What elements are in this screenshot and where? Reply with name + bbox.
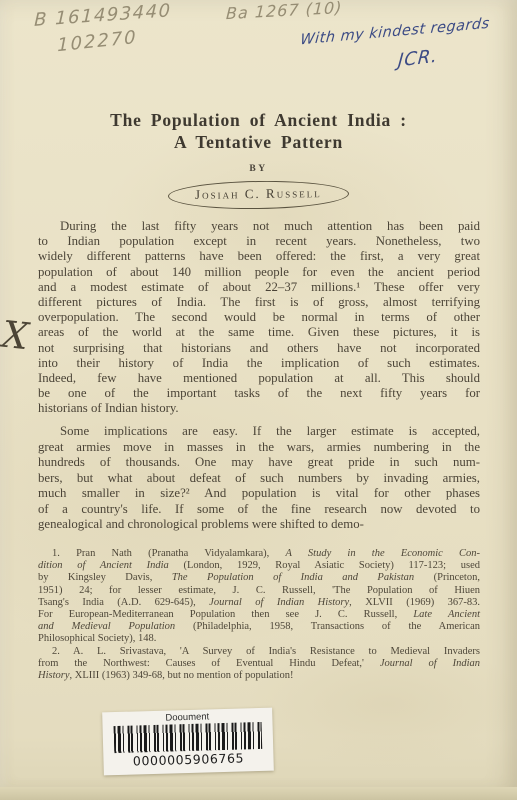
text-line: hundreds of thousands. One may have grea… bbox=[38, 455, 480, 471]
page-title-line-1: The Population of Ancient India : bbox=[0, 110, 517, 131]
text-line: For European-Mediterranean Population th… bbox=[38, 609, 480, 621]
text-line: History, XLIII (1963) 349-68, but no men… bbox=[38, 670, 480, 682]
text-line: be one of the important tasks of the nex… bbox=[38, 386, 480, 401]
scanned-paper-page: B 161493440 102270 Ba 1267 (10) With my … bbox=[0, 0, 517, 800]
text-line: to Indian population except in recent ye… bbox=[38, 234, 480, 249]
barcode-number: 0000005906765 bbox=[133, 750, 245, 768]
text-line: genealogical and chronological problems … bbox=[38, 517, 480, 533]
margin-x-mark: X bbox=[0, 316, 30, 356]
handwritten-signature: JCR. bbox=[397, 45, 439, 71]
author-name-circled: Josiah C. Russell bbox=[168, 180, 349, 211]
text-line: of a country's life. If some of the fine… bbox=[38, 502, 480, 518]
text-line: by Kingsley Davis, The Population of Ind… bbox=[38, 572, 480, 584]
text-line: population of about 140 million people f… bbox=[38, 265, 480, 280]
byline-label: BY bbox=[0, 164, 517, 174]
text-line: great armies move in masses in the wars,… bbox=[38, 440, 480, 456]
text-line: overpopulation. The second would be norm… bbox=[38, 310, 480, 325]
text-line: 1. Pran Nath (Pranatha Vidyalamkara), A … bbox=[38, 548, 480, 560]
text-line: bers, but what about defeat of such numb… bbox=[38, 471, 480, 487]
text-line: not surprising that historians and other… bbox=[38, 341, 480, 356]
text-line: much smaller in size?² And population is… bbox=[38, 486, 480, 502]
text-line: and a modest estimate of about 22–37 mil… bbox=[38, 280, 480, 295]
paragraph-1: During the last fifty years not much att… bbox=[38, 219, 480, 417]
footnote-2: 2. A. L. Srivastava, 'A Survey of India'… bbox=[38, 646, 480, 683]
text-line: into their history of India the implicat… bbox=[38, 356, 480, 371]
text-line: 1951) 24; for lesser estimate, J. C. Rus… bbox=[38, 585, 480, 597]
pencil-inventory-number: 102270 bbox=[57, 27, 137, 57]
text-line: Indeed, few have mentioned population at… bbox=[38, 371, 480, 386]
text-line: 2. A. L. Srivastava, 'A Survey of India'… bbox=[38, 646, 480, 658]
text-line: areas of the world at the same time. Giv… bbox=[38, 325, 480, 340]
footnote-1: 1. Pran Nath (Pranatha Vidyalamkara), A … bbox=[38, 548, 480, 646]
text-line: Philosophical Society), 148. bbox=[38, 633, 480, 645]
text-line: During the last fifty years not much att… bbox=[38, 219, 480, 234]
text-line: Tsang's India (A.D. 629-645), Journal of… bbox=[38, 597, 480, 609]
paragraph-2: Some implications are easy. If the large… bbox=[38, 424, 480, 533]
text-line: historians of Indian history. bbox=[38, 401, 480, 416]
barcode-sticker-label: Dooument bbox=[165, 711, 209, 723]
text-line: different pictures of India. The first i… bbox=[38, 295, 480, 310]
text-line: dition of Ancient India (London, 1929, R… bbox=[38, 560, 480, 572]
pencil-shelf-reference: Ba 1267 (10) bbox=[226, 0, 343, 23]
text-line: and Medieval Population (Philadelphia, 1… bbox=[38, 621, 480, 633]
footnotes-section: 1. Pran Nath (Pranatha Vidyalamkara), A … bbox=[38, 548, 480, 682]
barcode-sticker: Dooument 0000005906765 bbox=[102, 708, 274, 776]
pencil-accession-number: B 161493440 bbox=[34, 0, 172, 31]
page-bottom-edge bbox=[0, 787, 517, 800]
author-row: Josiah C. Russell bbox=[0, 181, 517, 209]
handwritten-dedication: With my kindest regards bbox=[300, 16, 491, 49]
text-line: widely different patterns have been offe… bbox=[38, 249, 480, 264]
barcode-icon bbox=[114, 722, 263, 753]
text-line: Some implications are easy. If the large… bbox=[38, 424, 480, 440]
page-title-line-2: A Tentative Pattern bbox=[0, 132, 517, 153]
text-line: from the Northwest: Causes of Eventual H… bbox=[38, 658, 480, 670]
